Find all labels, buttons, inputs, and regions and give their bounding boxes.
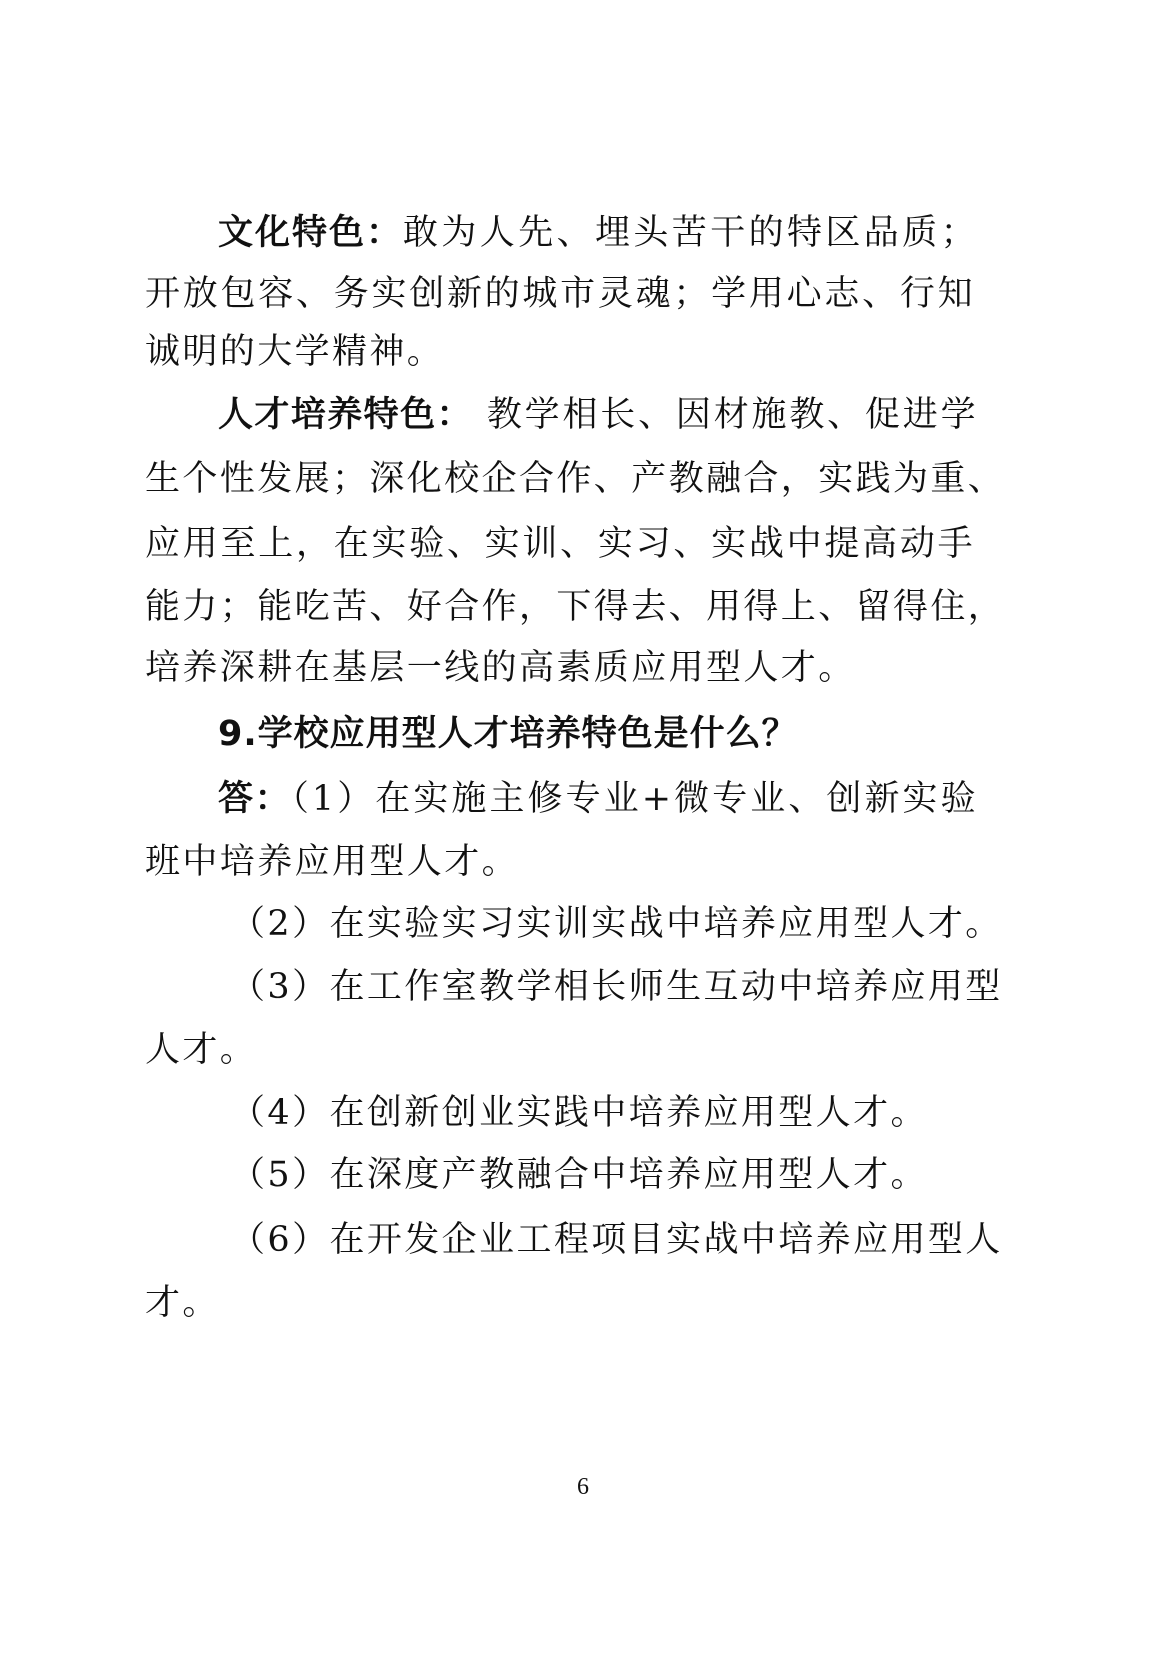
document-page: 文化特色：敢为人先、埋头苦干的特区品质； 开放包容、务实创新的城市灵魂；学用心志… xyxy=(0,0,1166,1654)
talent-feature-line-5: 培养深耕在基层一线的高素质应用型人才。 xyxy=(145,646,975,690)
answer-item-6-line-1: （6）在开发企业工程项目实战中培养应用型人 xyxy=(230,1218,980,1262)
answer-item-6-line-2: 才。 xyxy=(145,1281,975,1325)
talent-feature-text: 教学相长、因材施教、促进学 xyxy=(473,395,978,435)
page-number: 6 xyxy=(0,1474,1166,1501)
talent-feature-line-2: 生个性发展；深化校企合作、产教融合，实践为重、 xyxy=(145,457,975,501)
talent-feature-line-3: 应用至上，在实验、实训、实习、实战中提高动手 xyxy=(145,522,975,566)
culture-feature-label: 文化特色： xyxy=(218,213,403,253)
culture-feature-line-1: 文化特色：敢为人先、埋头苦干的特区品质； xyxy=(218,211,978,255)
answer-item-3-line-2: 人才。 xyxy=(145,1028,975,1072)
answer-item-2: （2）在实验实习实训实战中培养应用型人才。 xyxy=(230,902,980,946)
answer-line-2: 班中培养应用型人才。 xyxy=(145,840,975,884)
culture-feature-line-2: 开放包容、务实创新的城市灵魂；学用心志、行知 xyxy=(145,272,975,316)
culture-feature-text: 敢为人先、埋头苦干的特区品质； xyxy=(403,213,978,253)
answer-item-1-text: （1）在实施主修专业+微专业、创新实验 xyxy=(291,779,978,819)
culture-feature-line-3: 诚明的大学精神。 xyxy=(145,330,975,374)
talent-feature-line-4: 能力；能吃苦、好合作，下得去、用得上、留得住， xyxy=(145,585,975,629)
answer-line-1: 答：（1）在实施主修专业+微专业、创新实验 xyxy=(218,777,978,821)
answer-item-4: （4）在创新创业实践中培养应用型人才。 xyxy=(230,1091,980,1135)
talent-feature-line-1: 人才培养特色： 教学相长、因材施教、促进学 xyxy=(218,393,978,437)
answer-label: 答： xyxy=(218,779,291,819)
question-heading: 9.学校应用型人才培养特色是什么？ xyxy=(218,712,978,756)
answer-item-3-line-1: （3）在工作室教学相长师生互动中培养应用型 xyxy=(230,965,980,1009)
answer-item-5: （5）在深度产教融合中培养应用型人才。 xyxy=(230,1153,980,1197)
talent-feature-label: 人才培养特色： xyxy=(218,395,473,435)
